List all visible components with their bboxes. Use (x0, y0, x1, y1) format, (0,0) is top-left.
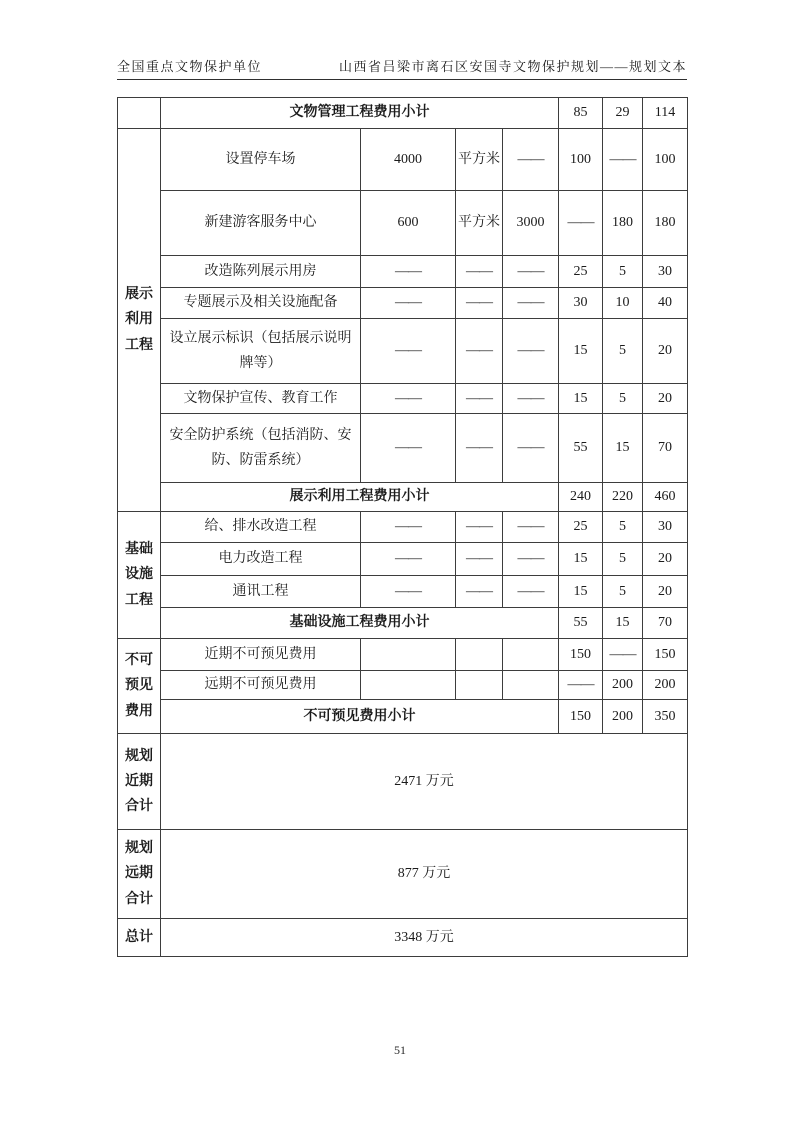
item-name: 专题展示及相关设施配备 (161, 288, 361, 319)
summary-label: 总计 (118, 919, 161, 957)
category-label: 基础设施工程 (118, 512, 161, 639)
unit-price: —— (503, 288, 559, 319)
table-row: 通讯工程 —— —— —— 15 5 20 (118, 576, 688, 608)
summary-value: 2471 万元 (161, 734, 688, 830)
running-header: 全国重点文物保护单位 山西省吕梁市离石区安国寺文物保护规划——规划文本 (117, 56, 687, 80)
document-page: 全国重点文物保护单位 山西省吕梁市离石区安国寺文物保护规划——规划文本 文物管理… (0, 0, 800, 1131)
unit-price: —— (503, 576, 559, 608)
far-term-value: —— (603, 639, 643, 671)
far-term-value: 29 (603, 98, 643, 129)
total-value: 70 (643, 414, 688, 483)
quantity: —— (361, 384, 456, 414)
near-term-value: 25 (559, 512, 603, 543)
summary-value: 877 万元 (161, 830, 688, 919)
unit-price: —— (503, 256, 559, 288)
unit: 平方米 (456, 191, 503, 256)
near-term-value: 240 (559, 483, 603, 512)
far-term-value: 5 (603, 384, 643, 414)
category-label: 不可预见费用 (118, 639, 161, 734)
table-row: 专题展示及相关设施配备 —— —— —— 30 10 40 (118, 288, 688, 319)
table-row: 总计 3348 万元 (118, 919, 688, 957)
total-value: 350 (643, 700, 688, 734)
item-name: 设立展示标识（包括展示说明牌等） (161, 319, 361, 384)
item-name: 给、排水改造工程 (161, 512, 361, 543)
far-term-value: 5 (603, 319, 643, 384)
item-name: 安全防护系统（包括消防、安防、防雷系统） (161, 414, 361, 483)
unit (456, 671, 503, 700)
table-row: 展示利用工程费用小计 240 220 460 (118, 483, 688, 512)
near-term-value: 15 (559, 319, 603, 384)
far-term-value: 15 (603, 414, 643, 483)
quantity: —— (361, 414, 456, 483)
table-row: 改造陈列展示用房 —— —— —— 25 5 30 (118, 256, 688, 288)
table-row: 基础设施工程 给、排水改造工程 —— —— —— 25 5 30 (118, 512, 688, 543)
summary-label: 规划远期合计 (118, 830, 161, 919)
table-row: 文物保护宣传、教育工作 —— —— —— 15 5 20 (118, 384, 688, 414)
unit: —— (456, 384, 503, 414)
unit-price (503, 639, 559, 671)
summary-label: 规划近期合计 (118, 734, 161, 830)
unit: —— (456, 256, 503, 288)
near-term-value: 25 (559, 256, 603, 288)
quantity: 600 (361, 191, 456, 256)
unit-price: —— (503, 414, 559, 483)
unit: —— (456, 288, 503, 319)
unit-price: —— (503, 319, 559, 384)
page-number: 51 (0, 1043, 800, 1058)
far-term-value: 5 (603, 576, 643, 608)
near-term-value: —— (559, 671, 603, 700)
item-name: 设置停车场 (161, 129, 361, 191)
unit-price: —— (503, 512, 559, 543)
category-label: 展示利用工程 (118, 129, 161, 512)
total-value: 40 (643, 288, 688, 319)
table-row: 远期不可预见费用 —— 200 200 (118, 671, 688, 700)
item-name: 电力改造工程 (161, 543, 361, 576)
cost-estimate-table: 文物管理工程费用小计 85 29 114 展示利用工程 设置停车场 4000 平… (117, 97, 688, 957)
near-term-value: 55 (559, 414, 603, 483)
table-row: 不可预见费用 近期不可预见费用 150 —— 150 (118, 639, 688, 671)
table-row: 电力改造工程 —— —— —— 15 5 20 (118, 543, 688, 576)
unit: —— (456, 319, 503, 384)
header-left-text: 全国重点文物保护单位 (117, 56, 262, 75)
total-value: 20 (643, 543, 688, 576)
total-value: 180 (643, 191, 688, 256)
total-value: 460 (643, 483, 688, 512)
total-value: 100 (643, 129, 688, 191)
unit (456, 639, 503, 671)
item-name: 通讯工程 (161, 576, 361, 608)
table-row: 基础设施工程费用小计 55 15 70 (118, 608, 688, 639)
far-term-value: 5 (603, 512, 643, 543)
item-name: 近期不可预见费用 (161, 639, 361, 671)
item-name: 新建游客服务中心 (161, 191, 361, 256)
near-term-value: 30 (559, 288, 603, 319)
quantity: —— (361, 543, 456, 576)
near-term-value: 100 (559, 129, 603, 191)
near-term-value: 15 (559, 576, 603, 608)
item-name: 远期不可预见费用 (161, 671, 361, 700)
unit-price: 3000 (503, 191, 559, 256)
unit: —— (456, 576, 503, 608)
unit-price (503, 671, 559, 700)
subtotal-label: 不可预见费用小计 (161, 700, 559, 734)
quantity: 4000 (361, 129, 456, 191)
quantity: —— (361, 319, 456, 384)
far-term-value: 220 (603, 483, 643, 512)
table-row: 展示利用工程 设置停车场 4000 平方米 —— 100 —— 100 (118, 129, 688, 191)
far-term-value: 5 (603, 543, 643, 576)
far-term-value: 5 (603, 256, 643, 288)
near-term-value: 150 (559, 639, 603, 671)
table-row: 新建游客服务中心 600 平方米 3000 —— 180 180 (118, 191, 688, 256)
total-value: 200 (643, 671, 688, 700)
quantity: —— (361, 256, 456, 288)
total-value: 70 (643, 608, 688, 639)
far-term-value: 200 (603, 700, 643, 734)
total-value: 20 (643, 319, 688, 384)
summary-value: 3348 万元 (161, 919, 688, 957)
total-value: 30 (643, 512, 688, 543)
item-name: 文物保护宣传、教育工作 (161, 384, 361, 414)
far-term-value: 15 (603, 608, 643, 639)
quantity: —— (361, 288, 456, 319)
far-term-value: 200 (603, 671, 643, 700)
table-row: 文物管理工程费用小计 85 29 114 (118, 98, 688, 129)
quantity (361, 639, 456, 671)
near-term-value: 85 (559, 98, 603, 129)
unit: —— (456, 543, 503, 576)
near-term-value: —— (559, 191, 603, 256)
near-term-value: 150 (559, 700, 603, 734)
subtotal-label: 文物管理工程费用小计 (161, 98, 559, 129)
near-term-value: 15 (559, 384, 603, 414)
quantity: —— (361, 512, 456, 543)
empty-category-cell (118, 98, 161, 129)
far-term-value: —— (603, 129, 643, 191)
table-row: 规划远期合计 877 万元 (118, 830, 688, 919)
near-term-value: 15 (559, 543, 603, 576)
unit-price: —— (503, 129, 559, 191)
table-row: 安全防护系统（包括消防、安防、防雷系统） —— —— —— 55 15 70 (118, 414, 688, 483)
subtotal-label: 展示利用工程费用小计 (161, 483, 559, 512)
total-value: 20 (643, 384, 688, 414)
total-value: 114 (643, 98, 688, 129)
total-value: 30 (643, 256, 688, 288)
far-term-value: 10 (603, 288, 643, 319)
total-value: 150 (643, 639, 688, 671)
unit: —— (456, 414, 503, 483)
table-row: 规划近期合计 2471 万元 (118, 734, 688, 830)
total-value: 20 (643, 576, 688, 608)
quantity: —— (361, 576, 456, 608)
subtotal-label: 基础设施工程费用小计 (161, 608, 559, 639)
item-name: 改造陈列展示用房 (161, 256, 361, 288)
quantity (361, 671, 456, 700)
table-row: 不可预见费用小计 150 200 350 (118, 700, 688, 734)
near-term-value: 55 (559, 608, 603, 639)
unit-price: —— (503, 384, 559, 414)
unit: 平方米 (456, 129, 503, 191)
header-right-text: 山西省吕梁市离石区安国寺文物保护规划——规划文本 (339, 56, 687, 75)
far-term-value: 180 (603, 191, 643, 256)
unit: —— (456, 512, 503, 543)
unit-price: —— (503, 543, 559, 576)
table-row: 设立展示标识（包括展示说明牌等） —— —— —— 15 5 20 (118, 319, 688, 384)
